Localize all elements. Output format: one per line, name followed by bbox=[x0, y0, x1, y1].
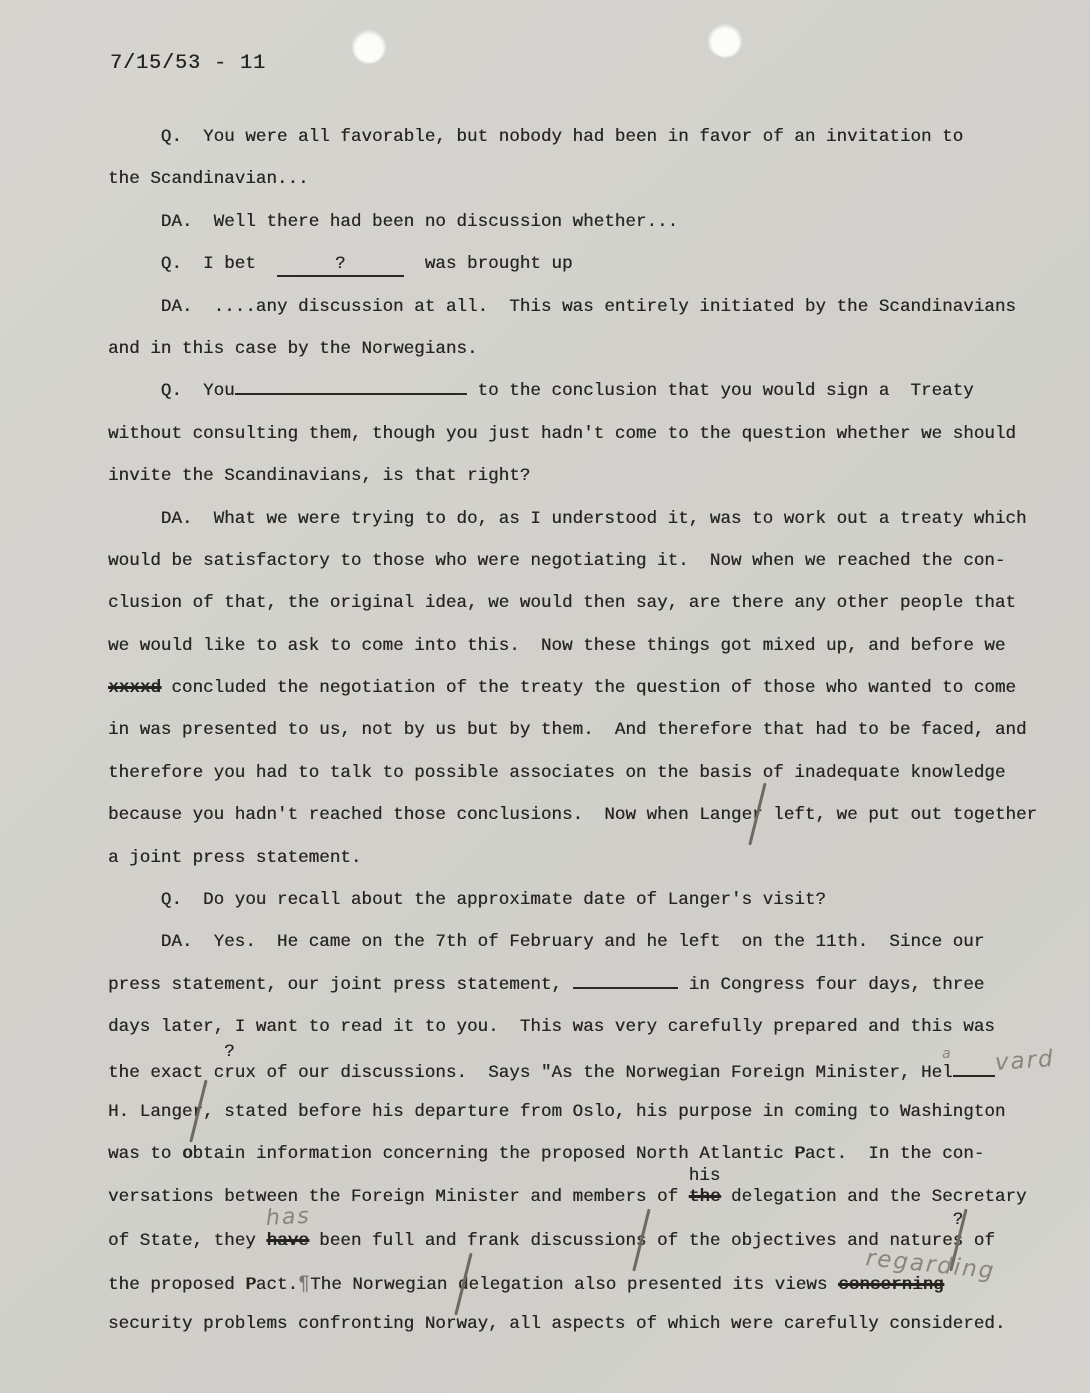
typed-text: H. Lange bbox=[108, 1102, 192, 1122]
typed-text: l bbox=[942, 1063, 953, 1083]
typed-text: clusion of that, the original idea, we w… bbox=[108, 593, 1016, 613]
pencil-slashed-char: s bbox=[636, 1220, 647, 1262]
transcript-line: a joint press statement. bbox=[108, 837, 1048, 879]
transcript-line: the Scandinavian... bbox=[108, 158, 1048, 200]
overtyped-char: o bbox=[182, 1144, 193, 1164]
transcript-line: was to obtain information concerning the… bbox=[108, 1133, 1048, 1175]
typed-text: of State, they bbox=[108, 1231, 266, 1251]
transcript-line: without consulting them, though you just… bbox=[108, 413, 1048, 455]
transcript-line: DA. What we were trying to do, as I unde… bbox=[108, 498, 1048, 540]
overtyped-char: P bbox=[794, 1144, 805, 1164]
pencil-slashed-char: r bbox=[752, 794, 763, 836]
typed-text: a joint press statement. bbox=[108, 848, 361, 868]
typed-text: Q. You were all favorable, but nobody ha… bbox=[161, 127, 963, 147]
transcript-line: we would like to ask to come into this. … bbox=[108, 625, 1048, 667]
typed-text: to the conclusion that you would sign a … bbox=[467, 381, 974, 401]
typed-text: rux of our discussions. Says "As the Nor… bbox=[224, 1063, 942, 1083]
scanned-transcript-page: 7/15/53 - 11 Q. You were all favorable, … bbox=[0, 0, 1090, 1393]
transcript-line: DA. Well there had been no discussion wh… bbox=[108, 201, 1048, 243]
typed-text: was brought up bbox=[404, 254, 573, 274]
struck-out-text: have bbox=[266, 1231, 308, 1251]
transcript-line: Q. I bet ? was brought up bbox=[108, 243, 1048, 285]
typed-text: in was presented to us, not by us but by… bbox=[108, 720, 1027, 740]
transcript-line: days later, I want to read it to you. Th… bbox=[108, 1006, 1048, 1048]
transcript-line: press statement, our joint press stateme… bbox=[108, 964, 1048, 1006]
typed-text: would be satisfactory to those who were … bbox=[108, 551, 1005, 571]
transcript-line: Q. Do you recall about the approximate d… bbox=[108, 879, 1048, 921]
typed-text: security problems confronting Norway, al… bbox=[108, 1314, 1005, 1334]
typed-text: days later, I want to read it to you. Th… bbox=[108, 1017, 995, 1037]
typed-text: Q. You bbox=[161, 381, 235, 401]
typed-text: Q. Do you recall about the approximate d… bbox=[161, 890, 826, 910]
transcript-line: versations between the Foreign Minister … bbox=[108, 1176, 1048, 1218]
transcript-line: clusion of that, the original idea, we w… bbox=[108, 582, 1048, 624]
transcript-line: H. Langer, stated before his departure f… bbox=[108, 1091, 1048, 1133]
date-page-header: 7/15/53 - 11 bbox=[110, 52, 266, 75]
blank-underline bbox=[235, 374, 467, 396]
typed-text: DA. What we were trying to do, as I unde… bbox=[161, 509, 1027, 529]
struck-out-text: the bbox=[689, 1187, 721, 1207]
typed-text: DA. Well there had been no discussion wh… bbox=[161, 212, 678, 232]
transcript-line: therefore you had to talk to possible as… bbox=[108, 752, 1048, 794]
overtyped-char: P bbox=[245, 1275, 256, 1295]
transcript-line: the proposed Pact.¶The Norwegian delegat… bbox=[108, 1261, 1048, 1303]
typed-text: The Norwegian bbox=[310, 1275, 458, 1295]
punch-hole-right bbox=[709, 25, 741, 57]
transcript-line: security problems confronting Norway, al… bbox=[108, 1303, 1048, 1345]
typed-text: act. bbox=[256, 1275, 298, 1295]
typed-text: the proposed bbox=[108, 1275, 245, 1295]
typed-text: concluded the negotiation of the treaty … bbox=[161, 678, 1016, 698]
typed-text: without consulting them, though you just… bbox=[108, 424, 1016, 444]
typed-text: the Scandinavian... bbox=[108, 169, 309, 189]
typed-text: press statement, our joint press stateme… bbox=[108, 975, 573, 995]
blank-underline bbox=[573, 967, 679, 989]
transcript-line: xxxxd concluded the negotiation of the t… bbox=[108, 667, 1048, 709]
typed-text: left, we put out together bbox=[763, 805, 1038, 825]
typed-text: btain information concerning the propose… bbox=[192, 1144, 794, 1164]
transcript-line: Q. You were all favorable, but nobody ha… bbox=[108, 116, 1048, 158]
pencil-slashed-char: r bbox=[192, 1091, 203, 1133]
typed-text: of the objectives and nature bbox=[646, 1231, 952, 1251]
typed-text: delegation and the Secretary bbox=[720, 1187, 1026, 1207]
transcript-line: invite the Scandinavians, is that right? bbox=[108, 455, 1048, 497]
typed-text: invite the Scandinavians, is that right? bbox=[108, 466, 530, 486]
transcript-line: DA. ....any discussion at all. This was … bbox=[108, 286, 1048, 328]
typed-text: Q. I bet bbox=[161, 254, 277, 274]
typed-text: DA. ....any discussion at all. This was … bbox=[161, 297, 1016, 317]
transcript-line: would be satisfactory to those who were … bbox=[108, 540, 1048, 582]
typed-text: DA. Yes. He came on the 7th of February … bbox=[161, 932, 985, 952]
typed-text: we would like to ask to come into this. … bbox=[108, 636, 1005, 656]
typed-text: because you hadn't reached those conclus… bbox=[108, 805, 752, 825]
blank-underline bbox=[953, 1055, 995, 1077]
transcript-text-block: Q. You were all favorable, but nobody ha… bbox=[108, 116, 1048, 1345]
pencil-slashed-char: d bbox=[458, 1264, 469, 1306]
transcript-line: and in this case by the Norwegians. bbox=[108, 328, 1048, 370]
typed-text: of bbox=[963, 1231, 995, 1251]
typed-text: and in this case by the Norwegians. bbox=[108, 339, 478, 359]
struck-out-text: xxxxd bbox=[108, 678, 161, 698]
typed-text: in Congress four days, three bbox=[678, 975, 984, 995]
pencil-paragraph-mark: ¶ bbox=[298, 1273, 310, 1296]
typed-text: was to bbox=[108, 1144, 182, 1164]
transcript-line: the exact c?rux of our discussions. Says… bbox=[108, 1049, 1048, 1091]
typed-text: versations between the Foreign Minister … bbox=[108, 1187, 689, 1207]
transcript-line: DA. Yes. He came on the 7th of February … bbox=[108, 921, 1048, 963]
typed-text: therefore you had to talk to possible as… bbox=[108, 763, 1005, 783]
typed-text: , stated before his departure from Oslo,… bbox=[203, 1102, 1005, 1122]
transcript-line: in was presented to us, not by us but by… bbox=[108, 709, 1048, 751]
typed-text: act. In the con- bbox=[805, 1144, 985, 1164]
typed-text: been full and frank discussion bbox=[309, 1231, 636, 1251]
punch-hole-left bbox=[353, 31, 385, 63]
blank-underline: ? bbox=[277, 255, 404, 277]
typed-text: elegation also presented its views bbox=[468, 1275, 838, 1295]
transcript-line: because you hadn't reached those conclus… bbox=[108, 794, 1048, 836]
transcript-line: Q. You to the conclusion that you would … bbox=[108, 370, 1048, 412]
